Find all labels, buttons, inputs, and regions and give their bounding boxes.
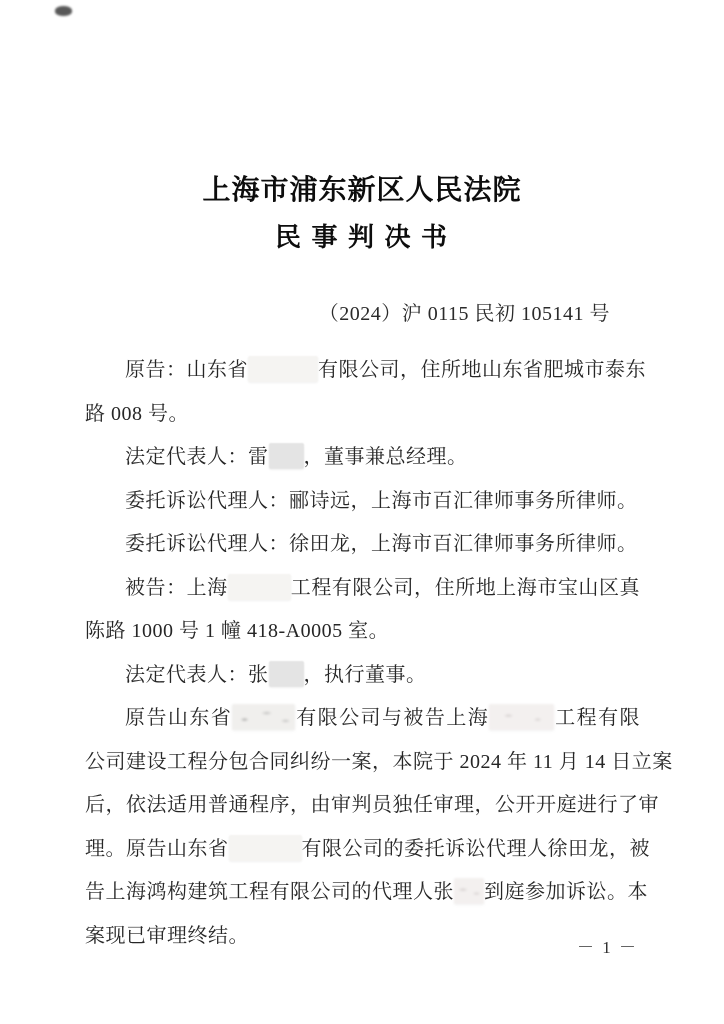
summary-text: 告上海鸿构建筑工程有限公司的代理人张 xyxy=(85,881,454,903)
page-number: － 1 － xyxy=(577,933,638,958)
scan-artifact-mark xyxy=(55,6,72,16)
court-name: 上海市浦东新区人民法院 xyxy=(0,168,724,208)
case-summary-line-5: 告上海鸿构建筑工程有限公司的代理人张到庭参加诉讼。本 xyxy=(85,871,640,915)
representative-text-post: ，董事兼总经理。 xyxy=(304,446,468,468)
plaintiff-line: 原告：山东省有限公司，住所地山东省肥城市泰东 xyxy=(85,349,640,393)
representative-text-pre: 法定代表人：雷 xyxy=(125,446,269,468)
plaintiff-attorney-line-1: 委托诉讼代理人：郦诗远，上海市百汇律师事务所律师。 xyxy=(85,480,640,524)
summary-text: 公司建设工程分包合同纠纷一案，本院于 2024 年 11 月 14 日立案 xyxy=(85,751,673,773)
defendant-address-text: 陈路 1000 号 1 幢 418-A0005 室。 xyxy=(85,620,389,642)
case-summary-line-3: 后，依法适用普通程序，由审判员独任审理，公开开庭进行了审 xyxy=(85,784,640,828)
case-summary-line-6: 案现已审理终结。 xyxy=(85,915,640,959)
defendant-address-line: 陈路 1000 号 1 幢 418-A0005 室。 xyxy=(85,610,640,654)
case-summary-line-2: 公司建设工程分包合同纠纷一案，本院于 2024 年 11 月 14 日立案 xyxy=(85,741,640,785)
case-number: （2024）沪 0115 民初 105141 号 xyxy=(319,297,610,326)
plaintiff-address-line: 路 008 号。 xyxy=(85,393,640,437)
redaction-block xyxy=(229,835,302,861)
plaintiff-address-text: 路 008 号。 xyxy=(85,403,189,425)
judgment-page: 上海市浦东新区人民法院 民 事 判 决 书 （2024）沪 0115 民初 10… xyxy=(0,0,724,1024)
document-type-title: 民 事 判 决 书 xyxy=(0,217,724,254)
redaction-block xyxy=(269,661,304,687)
defendant-text-post: 工程有限公司，住所地上海市宝山区真 xyxy=(291,577,640,599)
attorney-text: 委托诉讼代理人：郦诗远，上海市百汇律师事务所律师。 xyxy=(125,490,638,512)
summary-text: 有限公司的委托诉讼代理人徐田龙，被 xyxy=(302,838,651,860)
attorney-text: 委托诉讼代理人：徐田龙，上海市百汇律师事务所律师。 xyxy=(125,533,638,555)
case-summary-line-1: 原告山东省有限公司与被告上海工程有限 xyxy=(85,697,640,741)
summary-text: 到庭参加诉讼。本 xyxy=(484,881,648,903)
plaintiff-representative-line: 法定代表人：雷，董事兼总经理。 xyxy=(85,436,640,480)
redaction-block xyxy=(228,574,291,600)
defendant-text-pre: 被告：上海 xyxy=(125,577,228,599)
summary-text: 理。原告山东省 xyxy=(85,838,229,860)
redaction-block xyxy=(489,704,554,730)
plaintiff-text-post: 有限公司，住所地山东省肥城市泰东 xyxy=(318,359,646,381)
summary-text: 有限公司与被告上海 xyxy=(295,707,489,729)
representative-text-pre: 法定代表人：张 xyxy=(125,664,269,686)
summary-text: 原告山东省 xyxy=(125,707,232,729)
summary-text: 工程有限 xyxy=(554,707,640,729)
case-summary-line-4: 理。原告山东省有限公司的委托诉讼代理人徐田龙，被 xyxy=(85,828,640,872)
summary-text: 后，依法适用普通程序，由审判员独任审理，公开开庭进行了审 xyxy=(85,794,659,816)
document-body: 原告：山东省有限公司，住所地山东省肥城市泰东 路 008 号。 法定代表人：雷，… xyxy=(85,349,640,958)
plaintiff-text-pre: 原告：山东省 xyxy=(125,359,248,381)
defendant-representative-line: 法定代表人：张，执行董事。 xyxy=(85,654,640,698)
summary-text: 案现已审理终结。 xyxy=(85,925,249,947)
redaction-block xyxy=(248,356,318,382)
plaintiff-attorney-line-2: 委托诉讼代理人：徐田龙，上海市百汇律师事务所律师。 xyxy=(85,523,640,567)
defendant-line: 被告：上海工程有限公司，住所地上海市宝山区真 xyxy=(85,567,640,611)
redaction-block xyxy=(232,704,295,730)
representative-text-post: ，执行董事。 xyxy=(304,664,427,686)
redaction-block xyxy=(454,878,484,904)
redaction-block xyxy=(269,443,304,469)
